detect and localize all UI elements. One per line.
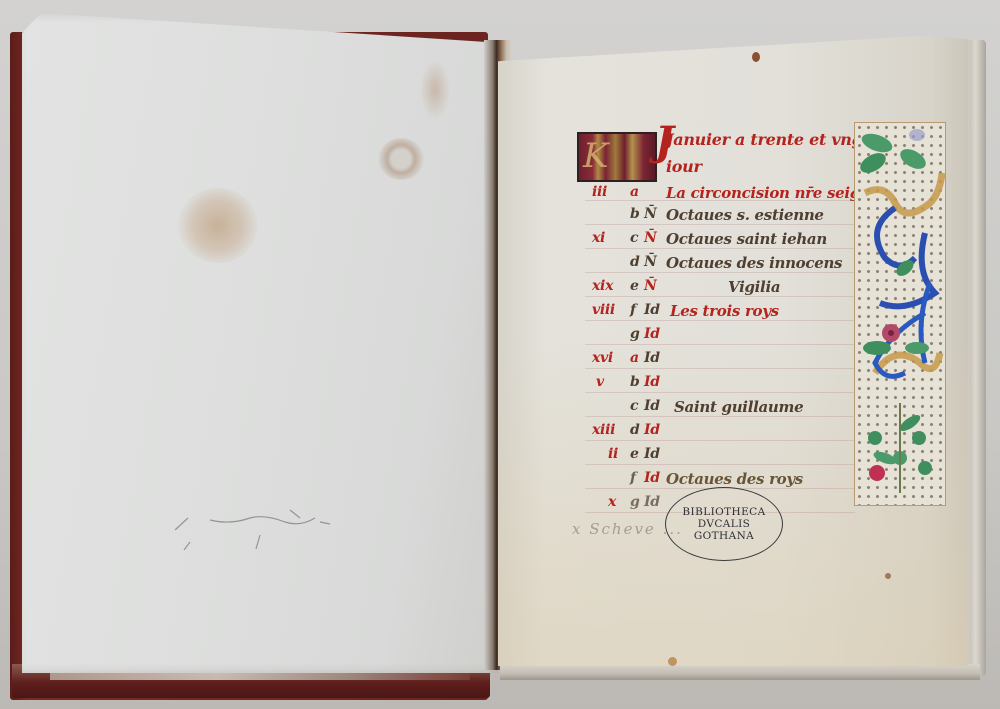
- stamp-line-3: GOTHANA: [694, 530, 754, 542]
- calendar-row: xiii d Id: [592, 422, 862, 446]
- illuminated-initial: K: [577, 132, 657, 182]
- illuminated-border: [854, 122, 946, 506]
- calendar-row: iii a La circoncision nr̄e seigne: [592, 184, 862, 208]
- calendar-row: ii e Id: [592, 446, 862, 470]
- stamp-line-1: BIBLIOTHECA: [682, 506, 765, 518]
- calendar-row: viii f Id Les trois roys: [592, 302, 862, 326]
- ink-spot: [885, 573, 891, 579]
- ring-stain: [378, 138, 424, 180]
- initial-letter: K: [583, 136, 608, 176]
- calendar-row: g Id: [592, 326, 862, 350]
- brown-stain: [178, 188, 258, 263]
- calendar-row: d N̄ Octaues des innocens: [592, 254, 862, 278]
- calendar-row: b N̄ Octaues s. estienne: [592, 206, 862, 230]
- acanthus-foliage-icon: [855, 123, 946, 506]
- foxing-stain: [420, 60, 450, 120]
- stain-spot: [668, 657, 677, 666]
- calendar-row: xvi a Id: [592, 350, 862, 374]
- page-stack-bottom: [500, 664, 980, 680]
- calendar-row: v b Id: [592, 374, 862, 398]
- faint-pencil-scribble: [170, 500, 340, 550]
- library-stamp: BIBLIOTHECA DVCALIS GOTHANA: [665, 487, 783, 561]
- calendar-row: xix e N̄ Vigilia: [592, 278, 862, 302]
- calendar-row: c Id Saint guillaume: [592, 398, 862, 422]
- heading-line-1: Januier a trente et vng: [666, 130, 863, 154]
- ink-spot: [752, 52, 760, 62]
- calendar-row: xi c N̄ Octaues saint iehan: [592, 230, 862, 254]
- stamp-line-2: DVCALIS: [698, 518, 751, 530]
- heading-line-2: iour: [666, 157, 702, 181]
